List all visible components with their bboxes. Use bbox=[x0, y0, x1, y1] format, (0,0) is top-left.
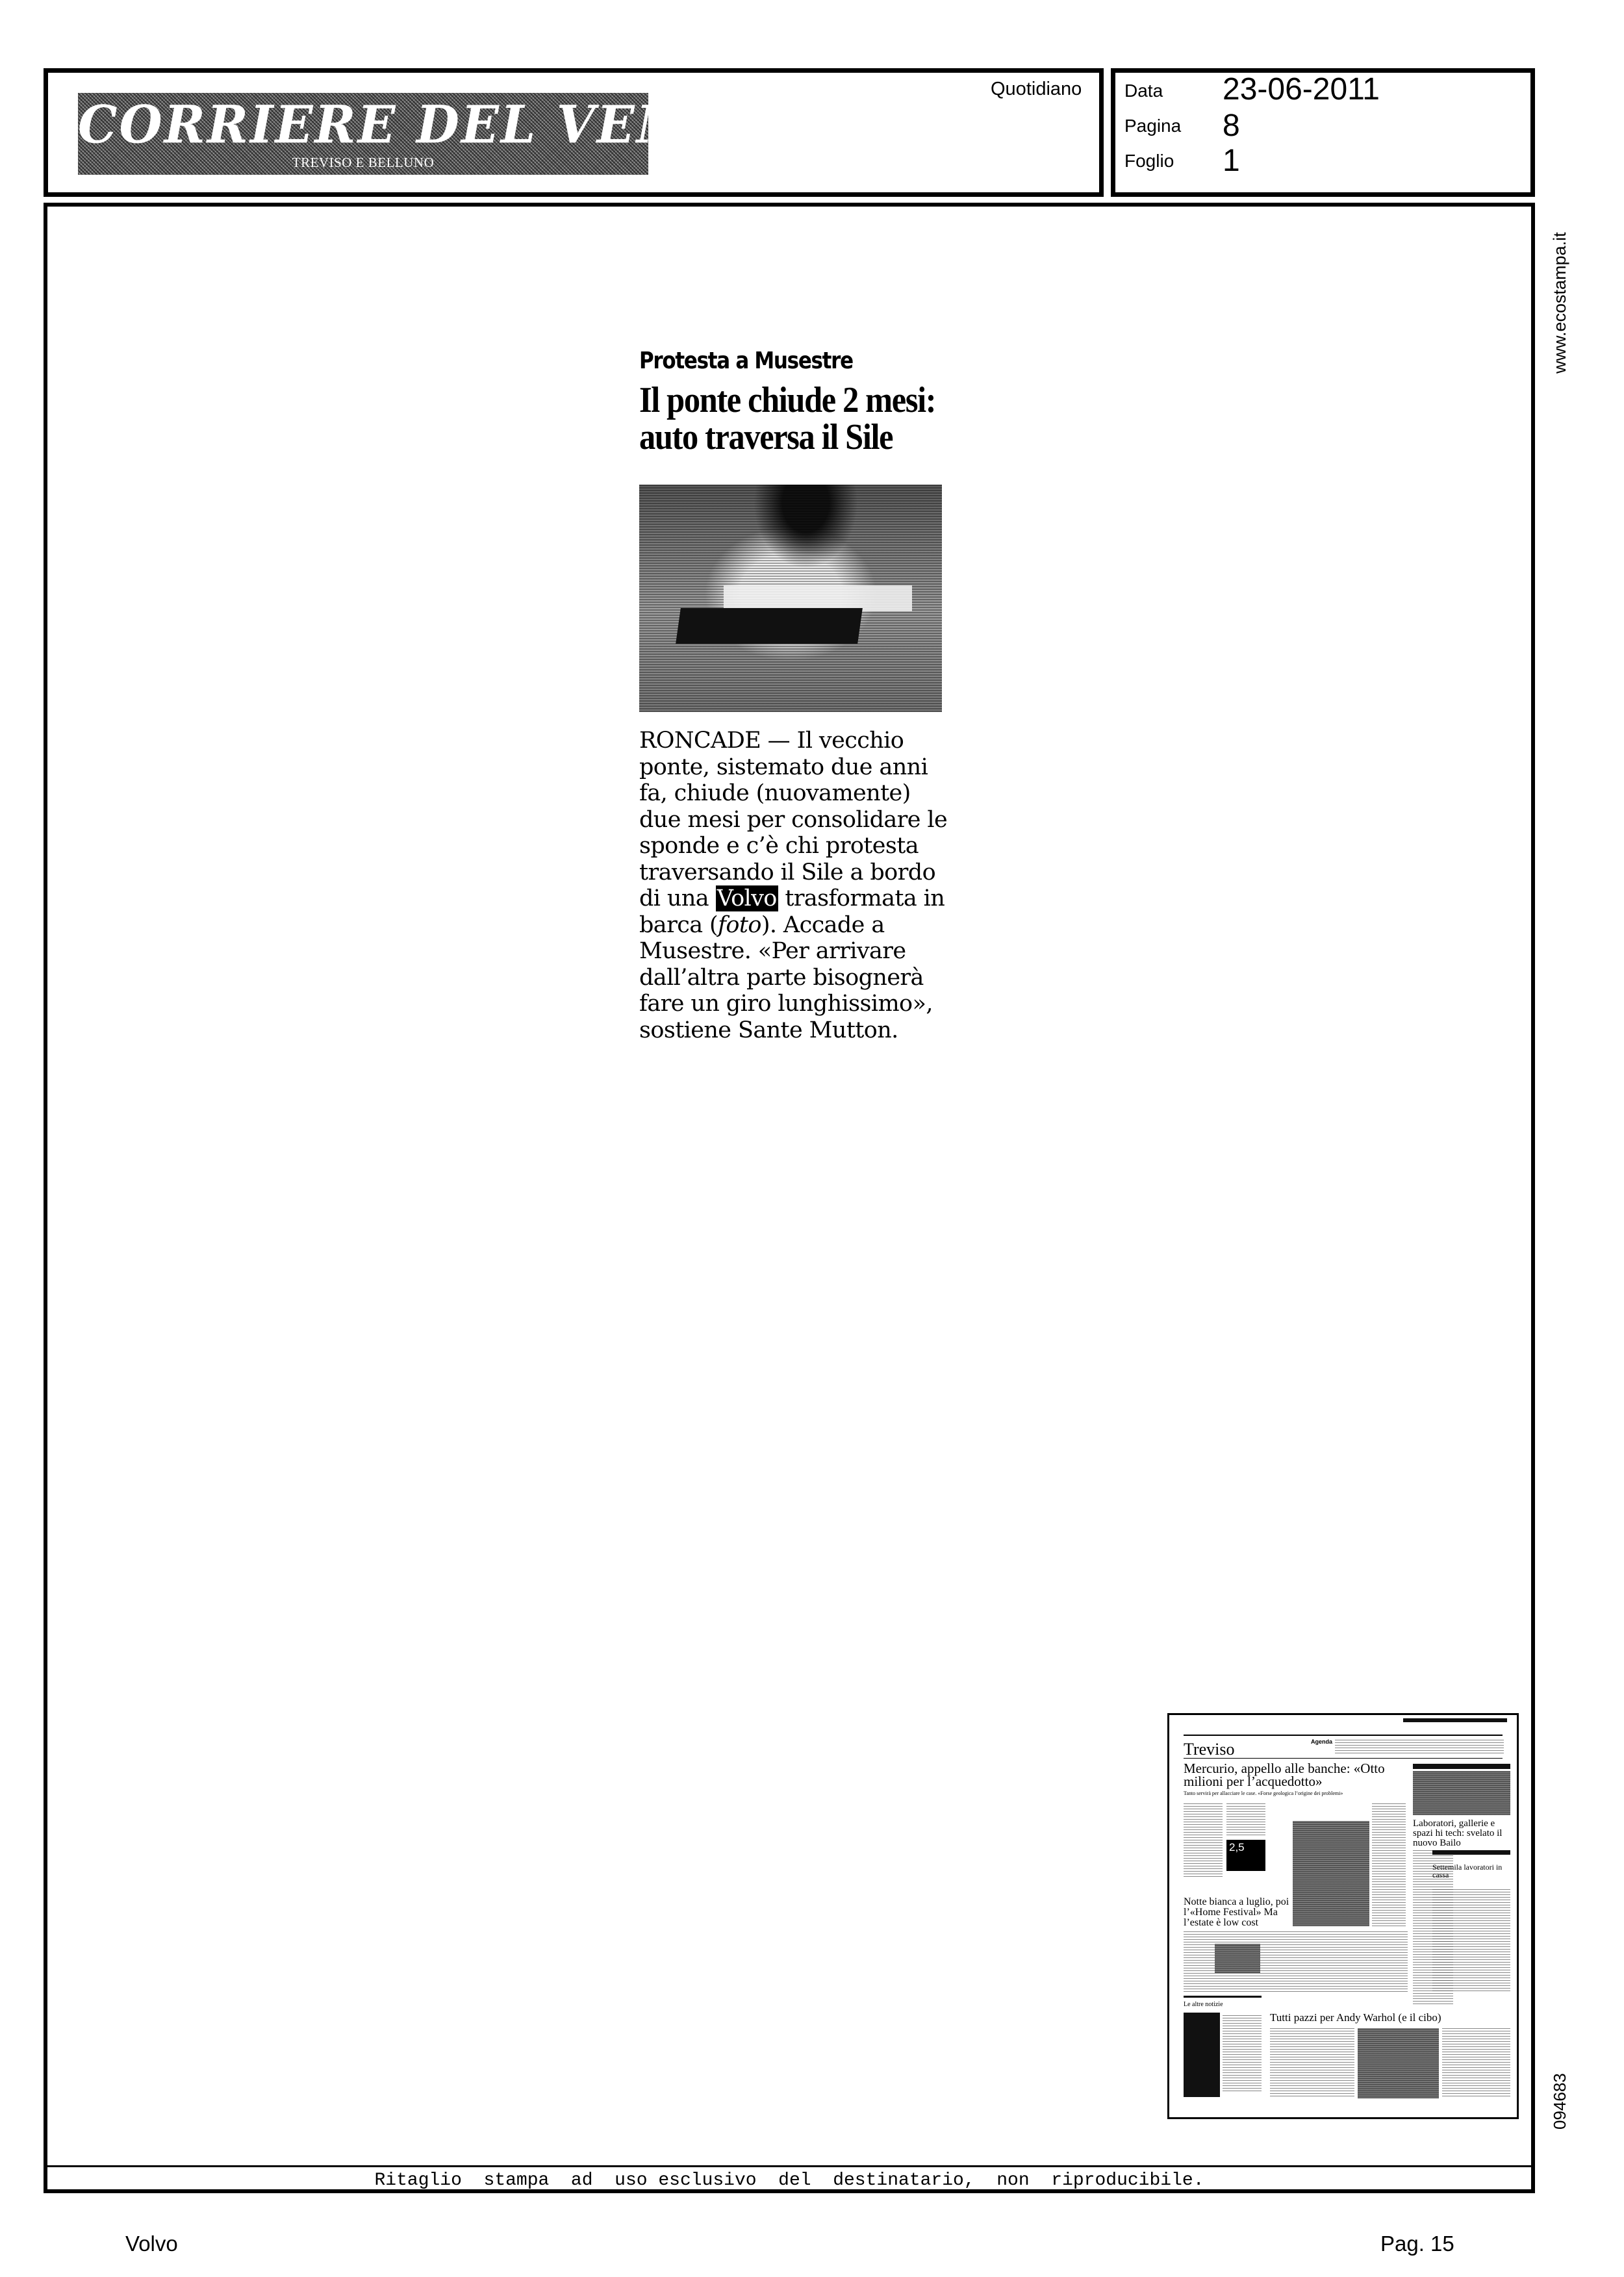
body-text-italic: foto bbox=[718, 912, 761, 938]
thumb-column bbox=[1442, 2028, 1510, 2096]
thumb-column bbox=[1184, 1803, 1223, 1878]
thumb-columns bbox=[1270, 2028, 1354, 2096]
page-value: 8 bbox=[1223, 109, 1240, 143]
thumb-side-bar bbox=[1413, 1764, 1510, 1769]
date-value: 23-06-2011 bbox=[1223, 73, 1380, 107]
thumb-masthead: Treviso bbox=[1184, 1740, 1235, 1759]
thumb-headline-main: Mercurio, appello alle banche: «Otto mil… bbox=[1184, 1762, 1404, 1788]
thumb-column bbox=[1223, 2015, 1262, 2093]
sheet-value: 1 bbox=[1223, 144, 1240, 178]
page-label: Pagina bbox=[1124, 116, 1181, 136]
article-body: RONCADE — Il vecchio ponte, sistemato du… bbox=[639, 728, 951, 1043]
footer-divider bbox=[47, 2165, 1531, 2167]
highlighted-keyword: Volvo bbox=[716, 885, 778, 911]
photo-car-front bbox=[676, 608, 863, 644]
thumb-photo-main bbox=[1293, 1821, 1369, 1926]
thumb-stat-box: 2,5 bbox=[1226, 1840, 1265, 1871]
thumb-photo-small bbox=[1215, 1944, 1260, 1973]
publication-logo: CORRIERE DEL VENETO TREVISO E BELLUNO bbox=[78, 93, 648, 175]
publication-name: CORRIERE DEL VENETO bbox=[78, 94, 648, 156]
footer-keyword: Volvo bbox=[125, 2232, 178, 2256]
footer-page-number: Pag. 15 bbox=[1380, 2232, 1454, 2256]
article-photo bbox=[639, 485, 942, 712]
photo-car-body bbox=[724, 585, 912, 611]
thumb-agenda: Agenda bbox=[1311, 1738, 1332, 1745]
article-kicker: Protesta a Musestre bbox=[639, 348, 853, 374]
thumb-headline-side-small: Settemila lavoratori in cassa bbox=[1432, 1863, 1510, 1879]
thumb-section-other: Le altre notizie bbox=[1184, 2001, 1262, 2008]
page-thumbnail: Treviso Agenda Mercurio, appello alle ba… bbox=[1167, 1713, 1519, 2119]
side-code: 094683 bbox=[1550, 2073, 1570, 2130]
sheet-label: Foglio bbox=[1124, 151, 1174, 172]
publication-edition: TREVISO E BELLUNO bbox=[78, 155, 648, 171]
thumb-rule bbox=[1184, 1758, 1503, 1759]
article-headline: Il ponte chiude 2 mesi: auto traversa il… bbox=[639, 382, 943, 456]
thumb-headline-second: Notte bianca a luglio, poi l’«Home Festi… bbox=[1184, 1897, 1294, 1928]
thumb-top-bar bbox=[1403, 1718, 1507, 1722]
publication-frequency: Quotidiano bbox=[991, 79, 1082, 100]
thumb-black-box bbox=[1184, 2013, 1220, 2097]
thumb-photo-bottom bbox=[1358, 2028, 1439, 2098]
thumb-agenda-listing bbox=[1335, 1740, 1504, 1754]
thumb-column bbox=[1372, 1803, 1406, 1927]
date-label: Data bbox=[1124, 81, 1163, 101]
thumb-rule bbox=[1184, 1735, 1503, 1736]
thumb-column bbox=[1432, 1889, 1510, 1993]
thumb-column bbox=[1226, 1803, 1265, 1837]
thumb-rule bbox=[1184, 1996, 1262, 1998]
disclaimer: Ritaglio stampa ad uso esclusivo del des… bbox=[47, 2170, 1531, 2191]
body-text-part: RONCADE — Il vecchio ponte, sistemato du… bbox=[639, 728, 947, 911]
thumb-box-bar bbox=[1432, 1850, 1510, 1855]
thumb-photo-side bbox=[1413, 1771, 1510, 1815]
thumb-headline-side: Laboratori, gallerie e spazi hi tech: sv… bbox=[1413, 1819, 1517, 1848]
thumb-headline-bottom: Tutti pazzi per Andy Warhol (e il cibo) bbox=[1270, 2011, 1510, 2024]
thumb-subhead-main: Tanto servirà per allacciare le case. «F… bbox=[1184, 1790, 1404, 1796]
side-url: www.ecostampa.it bbox=[1550, 232, 1570, 374]
